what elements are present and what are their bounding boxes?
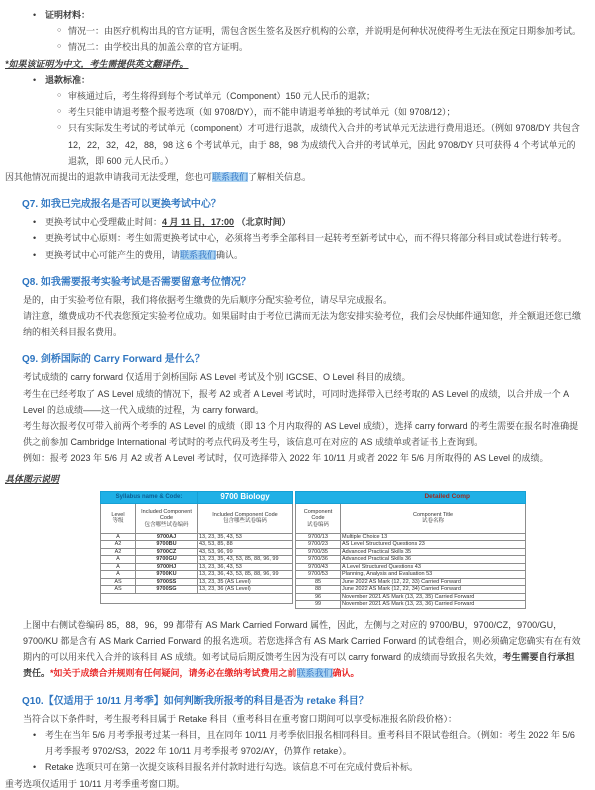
text-run: 例如：报考 2023 年 5/6 月 A2 或者 A Level 考试时，仅可选… [23,453,549,463]
table-cell: 13, 23, 36, 43, 53 [198,563,293,571]
components-table: Detailed CompComponent Code 试卷编码Componen… [295,491,526,609]
text-run: 更换考试中心原则：考生如需更换考试中心，必须将当考季全部科目一起转考至新考试中心… [45,233,567,243]
refund-component-item: ○只有实际发生考试的考试单元（component）才可进行退款，成绩代入合并的考… [57,120,595,169]
evidence-materials-item: •证明材料： [33,7,595,23]
column-header: Component Title 试卷名称 [341,503,526,533]
bullet-marker: ○ [57,39,68,55]
table-cell: A [101,571,136,579]
q9-answer-2: 考生在已经考取了 AS Level 成绩的情况下，报考 A2 或者 A Leve… [23,386,595,418]
option-row: A29700CZ43, 53, 96, 99 [101,548,293,556]
text-run: 考生只能申请退考整个报考选项（如 9708/DY），而不能申请退考单独的考试单元… [68,107,456,117]
text-run: （北京时间） [234,217,291,227]
table-band-row: Detailed Comp [296,491,526,503]
table-cell: 9700HJ [136,563,198,571]
contact-us-link[interactable]: 联系我们 [297,668,333,678]
table-cell: 9700AJ [136,533,198,541]
bullet-text: 审核通过后，考生将得到每个考试单元（Component）150 元人民币的退款； [68,88,581,104]
table-cell: 9700/53 [296,571,341,579]
bullet-text: 证明材料： [45,7,581,23]
faq-q8-heading: Q8. 如我需要报考实验考试是否需要留意考位情况？ [22,275,595,291]
bullet-text: 更换考试中心原则：考生如需更换考试中心，必须将当考季全部科目一起转考至新考试中心… [45,230,581,246]
retake-window-note: 重考选项仅适用于 10/11 月考季重考窗口期。 [5,776,595,790]
bullet-marker: • [33,230,45,246]
case-two-item: ○情况二：由学校出具的加盖公章的官方证明。 [57,39,595,55]
component-row: 88June 2022 AS Mark (12, 22, 34) Carried… [296,586,526,594]
table-cell: 96 [296,593,341,601]
text-run: 因其他情况而提出的退款申请我司无法受理，您也可 [5,172,212,182]
table-cell: A Level Structured Questions 43 [341,563,526,571]
text-run: 考生每次报考仅可带入前两个考季的 AS Level 的成绩（即 13 个月内取得… [23,421,578,447]
text-run: 考生在已经考取了 AS Level 成绩的情况下，报考 A2 或者 A Leve… [23,389,569,415]
table-cell: 99 [296,601,341,609]
text-run: 了解相关信息。 [248,172,311,182]
table-cell: AS Level Structured Questions 23 [341,541,526,549]
table-band-row: Syllabus name & Code:9700 Biology [101,491,293,503]
table-cell: 43, 53, 85, 88 [198,541,293,549]
text-run: Q8. 如我需要报考实验考试是否需要留意考位情况？ [22,277,251,288]
text-run: 重考选项仅适用于 10/11 月考季重考窗口期。 [5,779,185,789]
text-run: 审核通过后，考生将得到每个考试单元（Component）150 元人民币的退款； [68,91,375,101]
table-cell: 13, 23, 36 (AS Level) [198,586,293,594]
q8-answer-1: 是的，由于实验考位有限，我们将依据考生缴费的先后顺序分配实验考位，请尽早完成报名… [23,292,595,308]
bullet-marker: ○ [57,104,68,120]
option-row: A9700HJ13, 23, 36, 43, 53 [101,563,293,571]
column-header: Included Component Code 包含哪些试卷编码 [198,503,293,533]
text-run: *如果该证明为中文，考生需提供英文翻译件。 [5,59,189,69]
contact-us-link[interactable]: 联系我们 [212,172,248,182]
table-cell: 9700/36 [296,556,341,564]
header-row: Level 等级Included Component Code 包含哪些试卷编码… [101,503,293,533]
syllabus-options-table: Syllabus name & Code:9700 BiologyLevel 等… [100,491,293,604]
component-row: 9700/53Planning, Analysis and Evaluation… [296,571,526,579]
table-cell: A2 [101,541,136,549]
text-run: 具体图示说明 [5,474,59,484]
faq-q10-heading: Q10.【仅适用于 10/11 月考季】如何判断我所报考的科目是否为 retak… [22,694,595,710]
table-cell: 9700SS [136,578,198,586]
diagram-caption: 具体图示说明 [5,471,595,487]
component-row: 9700/35Advanced Practical Skills 35 [296,548,526,556]
bullet-text: 更换考试中心可能产生的费用，请联系我们确认。 [45,247,581,263]
table-cell: 13, 23, 35, 43, 53, 85, 88, 96, 99 [198,556,293,564]
table-cell: June 2022 AS Mark (12, 22, 33) Carried F… [341,578,526,586]
contact-us-link[interactable]: 联系我们 [180,250,216,260]
bullet-marker: • [33,7,45,23]
text-run: 确认。 [333,668,360,678]
column-header: Level 等级 [101,503,136,533]
column-header: Component Code 试卷编码 [296,503,341,533]
empty-row [101,593,293,603]
table-cell: 88 [296,586,341,594]
bullet-marker: • [33,247,45,263]
table-cell: 9700CZ [136,548,198,556]
other-refund-note: 因其他情况而提出的退款申请我司无法受理，您也可联系我们了解相关信息。 [5,169,595,185]
document-page: •证明材料：○情况一：由医疗机构出具的官方证明，需包含医生签名及医疗机构的公章，… [0,0,595,790]
component-row: 9700/43A Level Structured Questions 43 [296,563,526,571]
bullet-marker: • [33,727,45,759]
case-one-item: ○情况一：由医疗机构出具的官方证明，需包含医生签名及医疗机构的公章，并说明是何种… [57,23,595,39]
table-cell: 43, 53, 96, 99 [198,548,293,556]
refund-standard-item: •退款标准： [33,72,595,88]
table-cell: 9700SG [136,586,198,594]
column-header: Included Component Code 包含哪些试卷编码 [136,503,198,533]
bullet-marker: • [33,759,45,775]
empty-cell [101,593,293,603]
table-cell: 13, 23, 35, 43, 53 [198,533,293,541]
text-run: 更换考试中心受理截止时间： [45,217,162,227]
table-cell: AS [101,586,136,594]
table-cell: 13, 23, 36, 43, 53, 85, 88, 96, 99 [198,571,293,579]
text-run: 更换考试中心可能产生的费用，请 [45,250,180,260]
component-row: 9700/23AS Level Structured Questions 23 [296,541,526,549]
table-cell: 9700/23 [296,541,341,549]
syllabus-band-label: Syllabus name & Code: [101,491,198,503]
bullet-marker: ○ [57,23,68,39]
option-row: A29700BU43, 53, 85, 88 [101,541,293,549]
table-cell: November 2021 AS Mark (13, 23, 35) Carri… [341,593,526,601]
q8-answer-2: 请注意，缴费成功不代表您预定实验考位成功。如果届时由于考位已满而无法为您安排实验… [23,308,595,340]
text-run: 情况二：由学校出具的加盖公章的官方证明。 [68,42,248,52]
faq-q9-heading: Q9. 剑桥国际的 Carry Forward 是什么？ [22,352,595,368]
q10-intro: 当符合以下条件时，考生报考科目属于 Retake 科目（重考科目在重考窗口期间可… [23,711,595,727]
q9-answer-4: 例如：报考 2023 年 5/6 月 A2 或者 A Level 考试时，仅可选… [23,450,595,466]
text-run: 证明材料： [45,10,90,20]
option-row: A9700KU13, 23, 36, 43, 53, 85, 88, 96, 9… [101,571,293,579]
bullet-text: Retake 选项只可在第一次提交该科目报名并付款时进行勾选。该信息不可在完成付… [45,759,581,775]
q9-answer-5: 上图中右侧试卷编码 85，88，96，99 都带有 AS Mark Carrie… [23,617,595,682]
text-run: Q10.【仅适用于 10/11 月考季】如何判断我所报考的科目是否为 retak… [22,696,369,707]
q7-principle-item: •更换考试中心原则：考生如需更换考试中心，必须将当考季全部科目一起转考至新考试中… [33,230,595,246]
bullet-text: 情况一：由医疗机构出具的官方证明，需包含医生签名及医疗机构的公章，并说明是何种状… [68,23,581,39]
table-cell: 9700GU [136,556,198,564]
detailed-component-band-label: Detailed Comp [296,491,526,503]
table-cell: November 2021 AS Mark (13, 23, 36) Carri… [341,601,526,609]
bullet-text: 情况二：由学校出具的加盖公章的官方证明。 [68,39,581,55]
option-row: AS9700SG13, 23, 36 (AS Level) [101,586,293,594]
text-run: 是的，由于实验考位有限，我们将依据考生缴费的先后顺序分配实验考位，请尽早完成报名… [23,295,392,305]
text-run: 4 月 11 日，17:00 [162,217,234,227]
text-run: 请注意，缴费成功不代表您预定实验考位成功。如果届时由于考位已满而无法为您安排实验… [23,311,581,337]
text-run: 上图中右侧试卷编码 85，88，96，99 都带有 AS Mark Carrie… [23,620,581,662]
carry-forward-tables: Syllabus name & Code:9700 BiologyLevel 等… [0,489,595,617]
component-row: 99November 2021 AS Mark (13, 23, 36) Car… [296,601,526,609]
table-cell: A [101,556,136,564]
table-cell: 85 [296,578,341,586]
text-run: 只有实际发生考试的考试单元（component）才可进行退款，成绩代入合并的考试… [68,123,580,165]
component-row: 9700/36Advanced Practical Skills 36 [296,556,526,564]
table-cell: Multiple Choice 13 [341,533,526,541]
text-run: *如关于成绩合并规则有任何疑问，请务必在缴纳考试费用之前 [50,668,297,678]
bullet-text: 只有实际发生考试的考试单元（component）才可进行退款，成绩代入合并的考试… [68,120,581,169]
bullet-marker: ○ [57,120,68,169]
text-run: Retake 选项只可在第一次提交该科目报名并付款时进行勾选。该信息不可在完成付… [45,762,418,772]
table-cell: AS [101,578,136,586]
q9-answer-3: 考生每次报考仅可带入前两个考季的 AS Level 的成绩（即 13 个月内取得… [23,418,595,450]
bullet-text: 考生在当年 5/6 月考季报考过某一科目，且在同年 10/11 月考季依旧报名相… [45,727,581,759]
table-cell: 13, 23, 35 (AS Level) [198,578,293,586]
q9-answer-1: 考试成绩的 carry forward 仅适用于剑桥国际 AS Level 考试… [23,369,595,385]
text-run: 考生在当年 5/6 月考季报考过某一科目，且在同年 10/11 月考季依旧报名相… [45,730,575,756]
table-cell: 9700/35 [296,548,341,556]
bullet-text: 退款标准： [45,72,581,88]
table-cell: Advanced Practical Skills 36 [341,556,526,564]
table-cell: 9700/13 [296,533,341,541]
text-run: 考试成绩的 carry forward 仅适用于剑桥国际 AS Level 考试… [23,372,411,382]
text-run: Q7. 如我已完成报名是否可以更换考试中心？ [22,199,221,210]
refund-option-item: ○考生只能申请退考整个报考选项（如 9708/DY），而不能申请退考单独的考试单… [57,104,595,120]
text-run: 当符合以下条件时，考生报考科目属于 Retake 科目（重考科目在重考窗口期间可… [23,714,457,724]
component-row: 85June 2022 AS Mark (12, 22, 33) Carried… [296,578,526,586]
option-row: A9700AJ13, 23, 35, 43, 53 [101,533,293,541]
document-body: •证明材料：○情况一：由医疗机构出具的官方证明，需包含医生签名及医疗机构的公章，… [0,7,595,790]
table-cell: Planning, Analysis and Evaluation 53 [341,571,526,579]
q10-condition-1: •考生在当年 5/6 月考季报考过某一科目，且在同年 10/11 月考季依旧报名… [33,727,595,759]
table-cell: A [101,563,136,571]
table-cell: Advanced Practical Skills 35 [341,548,526,556]
faq-q7-heading: Q7. 如我已完成报名是否可以更换考试中心？ [22,197,595,213]
table-cell: 9700KU [136,571,198,579]
table-cell: A [101,533,136,541]
q10-condition-2: •Retake 选项只可在第一次提交该科目报名并付款时进行勾选。该信息不可在完成… [33,759,595,775]
bullet-text: 考生只能申请退考整个报考选项（如 9708/DY），而不能申请退考单独的考试单元… [68,104,581,120]
text-run: Q9. 剑桥国际的 Carry Forward 是什么？ [22,354,205,365]
bullet-marker: • [33,214,45,230]
option-row: A9700GU13, 23, 35, 43, 53, 85, 88, 96, 9… [101,556,293,564]
option-row: AS9700SS13, 23, 35 (AS Level) [101,578,293,586]
syllabus-title: 9700 Biology [198,491,293,503]
bullet-text: 更换考试中心受理截止时间：4 月 11 日，17:00 （北京时间） [45,214,581,230]
bullet-marker: • [33,72,45,88]
q7-fee-item: •更换考试中心可能产生的费用，请联系我们确认。 [33,247,595,263]
bullet-marker: ○ [57,88,68,104]
text-run: 情况一：由医疗机构出具的官方证明，需包含医生签名及医疗机构的公章，并说明是何种状… [68,26,581,36]
text-run: 确认。 [216,250,243,260]
header-row: Component Code 试卷编码Component Title 试卷名称 [296,503,526,533]
table-cell: 9700BU [136,541,198,549]
table-cell: 9700/43 [296,563,341,571]
component-row: 96November 2021 AS Mark (13, 23, 35) Car… [296,593,526,601]
table-cell: A2 [101,548,136,556]
translation-note: *如果该证明为中文，考生需提供英文翻译件。 [5,56,595,72]
component-row: 9700/13Multiple Choice 13 [296,533,526,541]
table-cell: June 2022 AS Mark (12, 22, 34) Carried F… [341,586,526,594]
q7-deadline-item: •更换考试中心受理截止时间：4 月 11 日，17:00 （北京时间） [33,214,595,230]
refund-amount-item: ○审核通过后，考生将得到每个考试单元（Component）150 元人民币的退款… [57,88,595,104]
text-run: 退款标准： [45,75,90,85]
